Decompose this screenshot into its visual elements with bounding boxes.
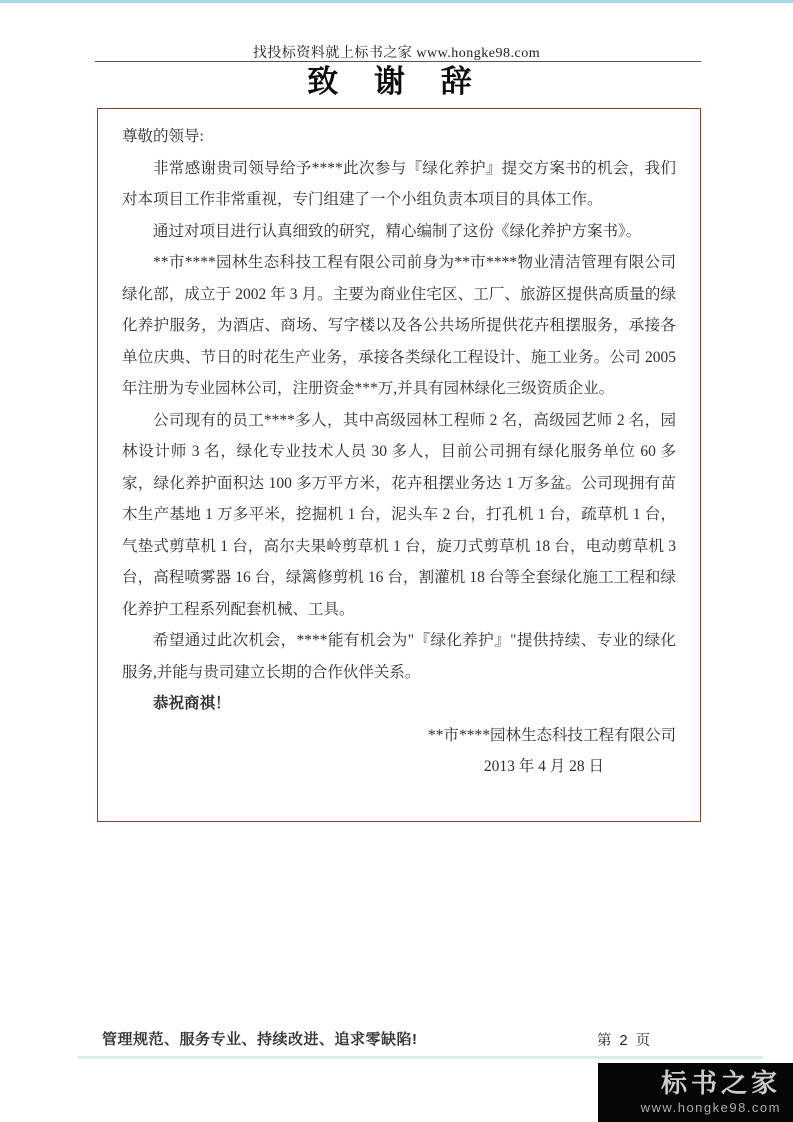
paragraph-company-history: **市****园林生态科技工程有限公司前身为**市****物业清洁管理有限公司绿…: [122, 247, 676, 405]
paragraph-hope: 希望通过此次机会，****能有机会为"『绿化养护』"提供持续、专业的绿化服务,并…: [122, 625, 676, 688]
site-tagline: 找投标资料就上标书之家 www.hongke98.com: [0, 42, 793, 62]
footer-slogan: 管理规范、服务专业、持续改进、追求零缺陷!: [102, 1028, 418, 1049]
top-border-line: [0, 0, 793, 3]
closing-wish: 恭祝商祺！: [122, 688, 676, 720]
letter-date: 2013 年 4 月 28 日: [122, 751, 676, 783]
brand-logo: 标书之家 www.hongke98.com: [598, 1063, 793, 1122]
paragraph-research: 通过对项目进行认真细致的研究，精心编制了这份《绿化养护方案书》。: [122, 216, 676, 248]
document-page: 找投标资料就上标书之家 www.hongke98.com 致 谢 辞 尊敬的领导…: [0, 0, 793, 1122]
brand-name: 标书之家: [598, 1067, 781, 1099]
page-number: 第 2 页: [597, 1029, 652, 1050]
salutation: 尊敬的领导:: [122, 121, 676, 153]
page-title: 致 谢 辞: [0, 62, 793, 102]
paragraph-thanks: 非常感谢贵司领导给予****此次参与『绿化养护』提交方案书的机会，我们对本项目工…: [122, 153, 676, 216]
footer-divider-line: [78, 1056, 763, 1059]
company-signature: **市****园林生态科技工程有限公司: [122, 720, 676, 752]
paragraph-company-capacity: 公司现有的员工****多人，其中高级园林工程师 2 名，高级园艺师 2 名，园林…: [122, 405, 676, 626]
letter-box: 尊敬的领导: 非常感谢贵司领导给予****此次参与『绿化养护』提交方案书的机会，…: [97, 108, 701, 822]
brand-url: www.hongke98.com: [598, 1099, 781, 1117]
